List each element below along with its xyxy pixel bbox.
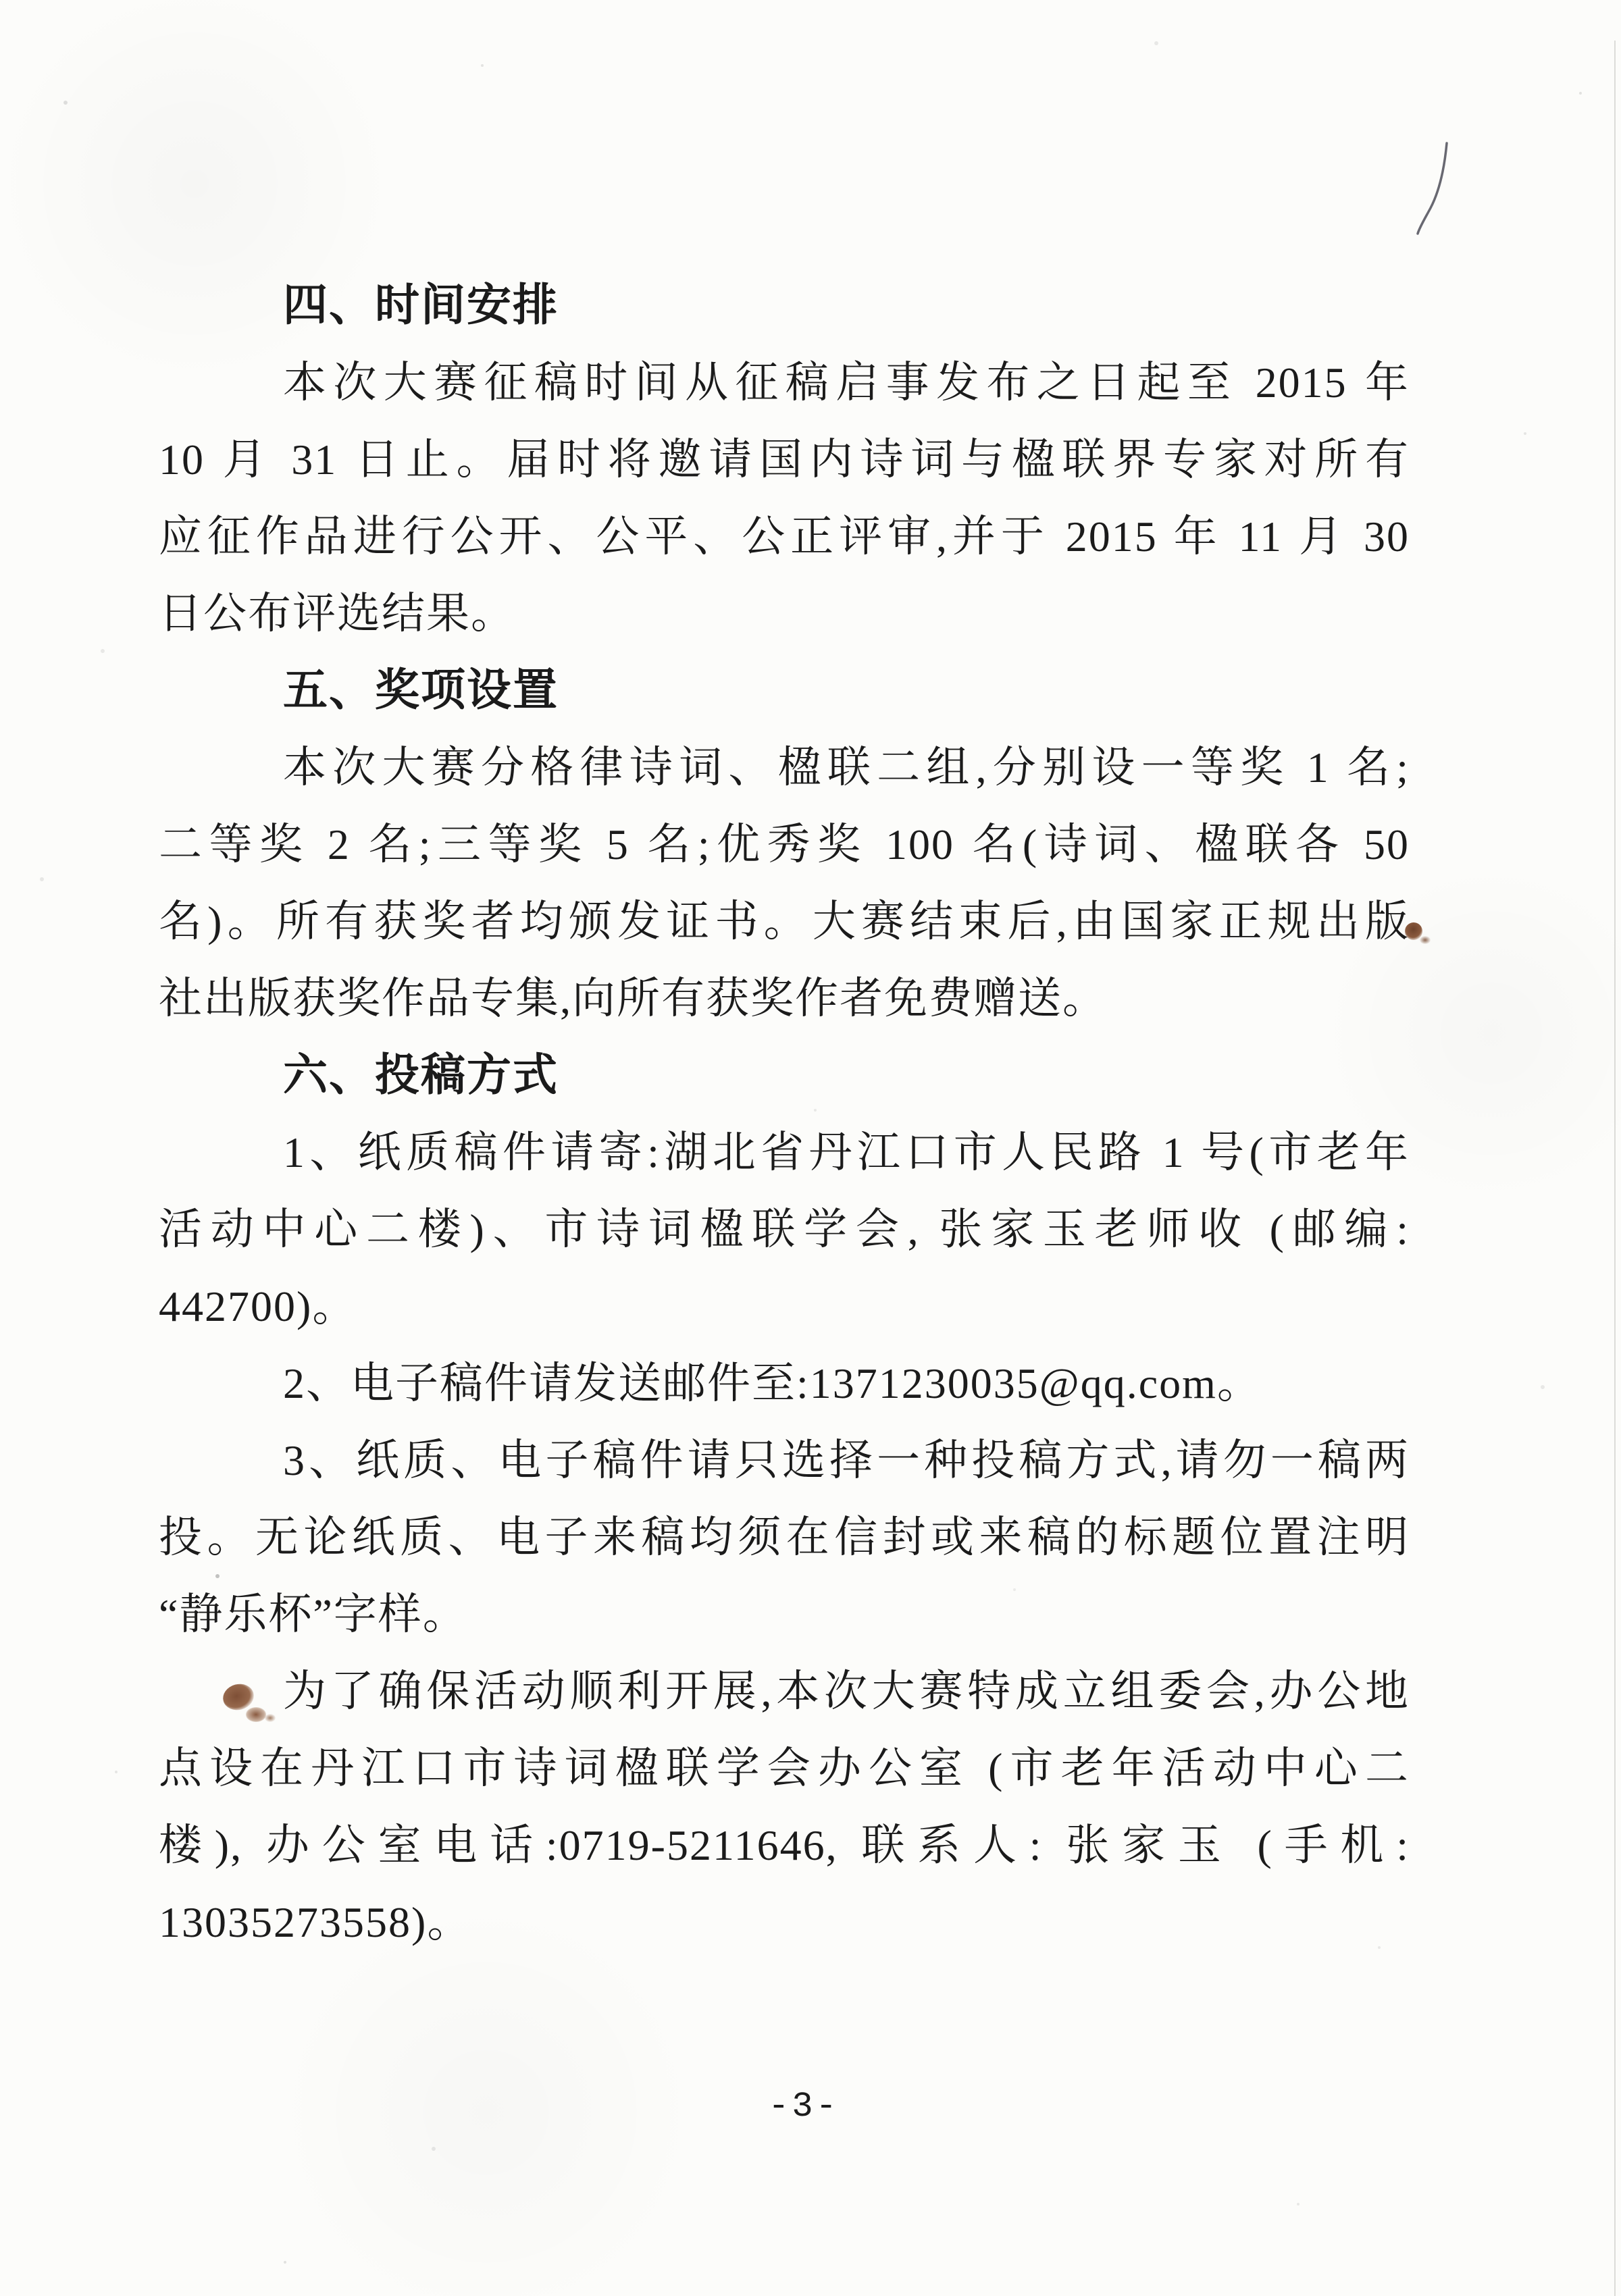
doc-line: 3、纸质、电子稿件请只选择一种投稿方式,请勿一稿两 (159, 1422, 1410, 1499)
doc-line-mobile: 13035273558)。 (159, 1884, 1410, 1961)
scanner-edge-artifact (1614, 41, 1616, 2296)
page-number: -3- (0, 2087, 1607, 2127)
doc-line: 社出版获奖作品专集,向所有获奖作者免费赠送。 (159, 960, 1410, 1037)
doc-line: 本次大赛征稿时间从征稿启事发布之日起至 2015 年 (159, 344, 1410, 421)
doc-line-phone: 楼), 办公室电话:0719-5211646, 联系人: 张家玉 (手机: (159, 1807, 1410, 1884)
doc-line: 442700)。 (159, 1268, 1410, 1345)
scanned-page: 四、时间安排 本次大赛征稿时间从征稿启事发布之日起至 2015 年 10 月 3… (0, 0, 1621, 2296)
doc-line: 本次大赛分格律诗词、楹联二组,分别设一等奖 1 名; (159, 729, 1410, 806)
doc-line: 日公布评选结果。 (159, 575, 1410, 652)
doc-line-email: 2、电子稿件请发送邮件至:1371230035@qq.com。 (159, 1345, 1410, 1422)
doc-line: 二等奖 2 名;三等奖 5 名;优秀奖 100 名(诗词、楹联各 50 (159, 806, 1410, 883)
document-body: 四、时间安排 本次大赛征稿时间从征稿启事发布之日起至 2015 年 10 月 3… (159, 267, 1410, 1961)
section-heading-4: 四、时间安排 (159, 267, 1410, 344)
scan-noise-specks (0, 0, 3, 3)
doc-line: 点设在丹江口市诗词楹联学会办公室 (市老年活动中心二 (159, 1730, 1410, 1807)
section-heading-5: 五、奖项设置 (159, 652, 1410, 729)
doc-line: “静乐杯”字样。 (159, 1576, 1410, 1653)
doc-line: 活动中心二楼)、市诗词楹联学会, 张家玉老师收 (邮编: (159, 1191, 1410, 1268)
doc-line: 1、纸质稿件请寄:湖北省丹江口市人民路 1 号(市老年 (159, 1114, 1410, 1191)
doc-line: 投。无论纸质、电子来稿均须在信封或来稿的标题位置注明 (159, 1499, 1410, 1576)
doc-line: 10 月 31 日止。届时将邀请国内诗词与楹联界专家对所有 (159, 421, 1410, 498)
doc-line: 应征作品进行公开、公平、公正评审,并于 2015 年 11 月 30 (159, 498, 1410, 575)
ink-blot-right (1405, 922, 1445, 955)
doc-line: 为了确保活动顺利开展,本次大赛特成立组委会,办公地 (159, 1653, 1410, 1730)
section-heading-6: 六、投稿方式 (159, 1037, 1410, 1114)
doc-line: 名)。所有获奖者均颁发证书。大赛结束后,由国家正规出版 (159, 883, 1410, 960)
